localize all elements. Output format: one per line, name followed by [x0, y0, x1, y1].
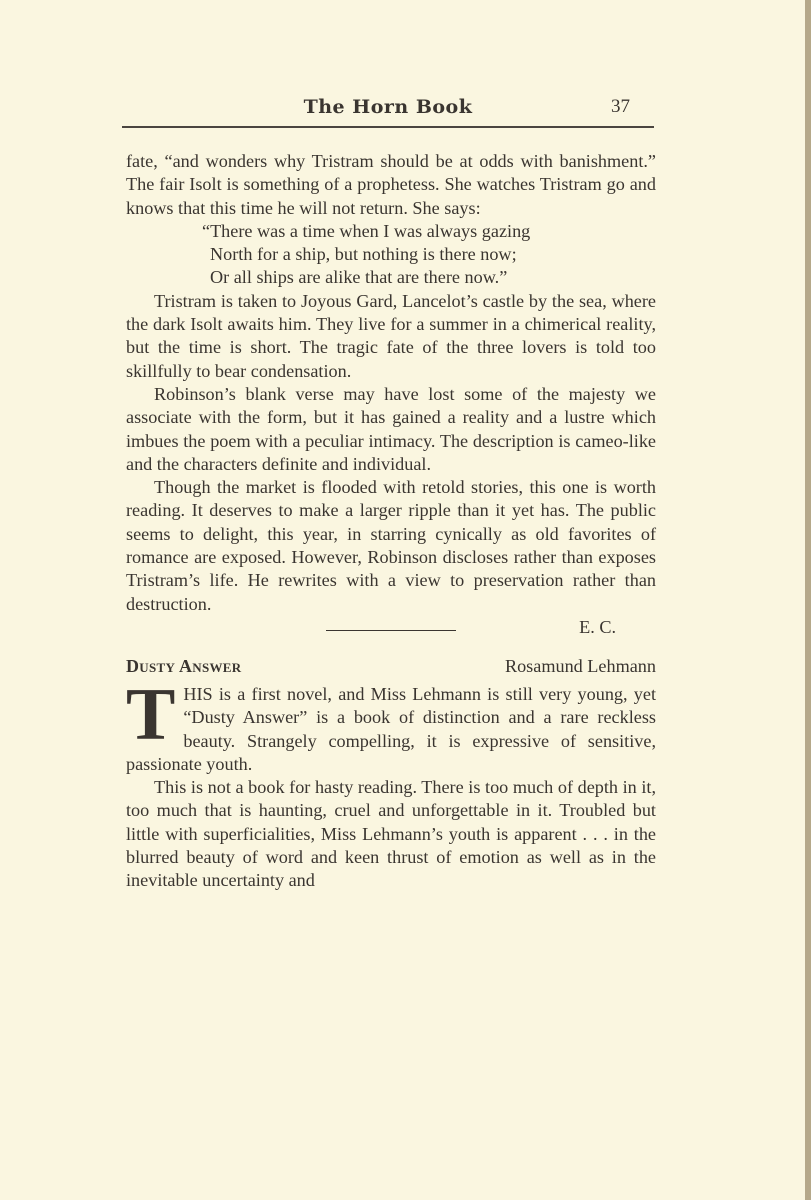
paragraph: fate, “and wonders why Tristram should b…	[126, 150, 656, 220]
signature: E. C.	[579, 616, 616, 639]
verse-line: “There was a time when I was always gazi…	[202, 220, 656, 243]
paragraph-with-dropcap: THIS is a first novel, and Miss Lehmann …	[126, 683, 656, 776]
book-author: Rosamund Lehmann	[505, 655, 656, 678]
verse-line: Or all ships are alike that are there no…	[202, 266, 656, 289]
paragraph: This is not a book for hasty reading. Th…	[126, 776, 656, 892]
review-tristram: fate, “and wonders why Tristram should b…	[126, 150, 656, 893]
running-title: The Horn Book	[122, 96, 654, 118]
running-header: The Horn Book 37	[122, 94, 654, 126]
paragraph: Tristram is taken to Joyous Gard, Lancel…	[126, 290, 656, 383]
paragraph-text: HIS is a first novel, and Miss Lehmann i…	[126, 684, 656, 774]
review-heading: Dusty Answer Rosamund Lehmann	[126, 653, 656, 683]
book-title: Dusty Answer	[126, 655, 241, 678]
signature-row: E. C.	[126, 616, 656, 639]
verse-line: North for a ship, but nothing is there n…	[202, 243, 656, 266]
paragraph: Robinson’s blank verse may have lost som…	[126, 383, 656, 476]
paragraph: Though the market is flooded with retold…	[126, 476, 656, 616]
section-rule	[326, 630, 456, 632]
page-edge	[805, 0, 811, 1200]
header-rule	[122, 126, 654, 128]
drop-cap: T	[126, 685, 175, 747]
verse-quote: “There was a time when I was always gazi…	[202, 220, 656, 290]
page-number: 37	[611, 96, 630, 118]
